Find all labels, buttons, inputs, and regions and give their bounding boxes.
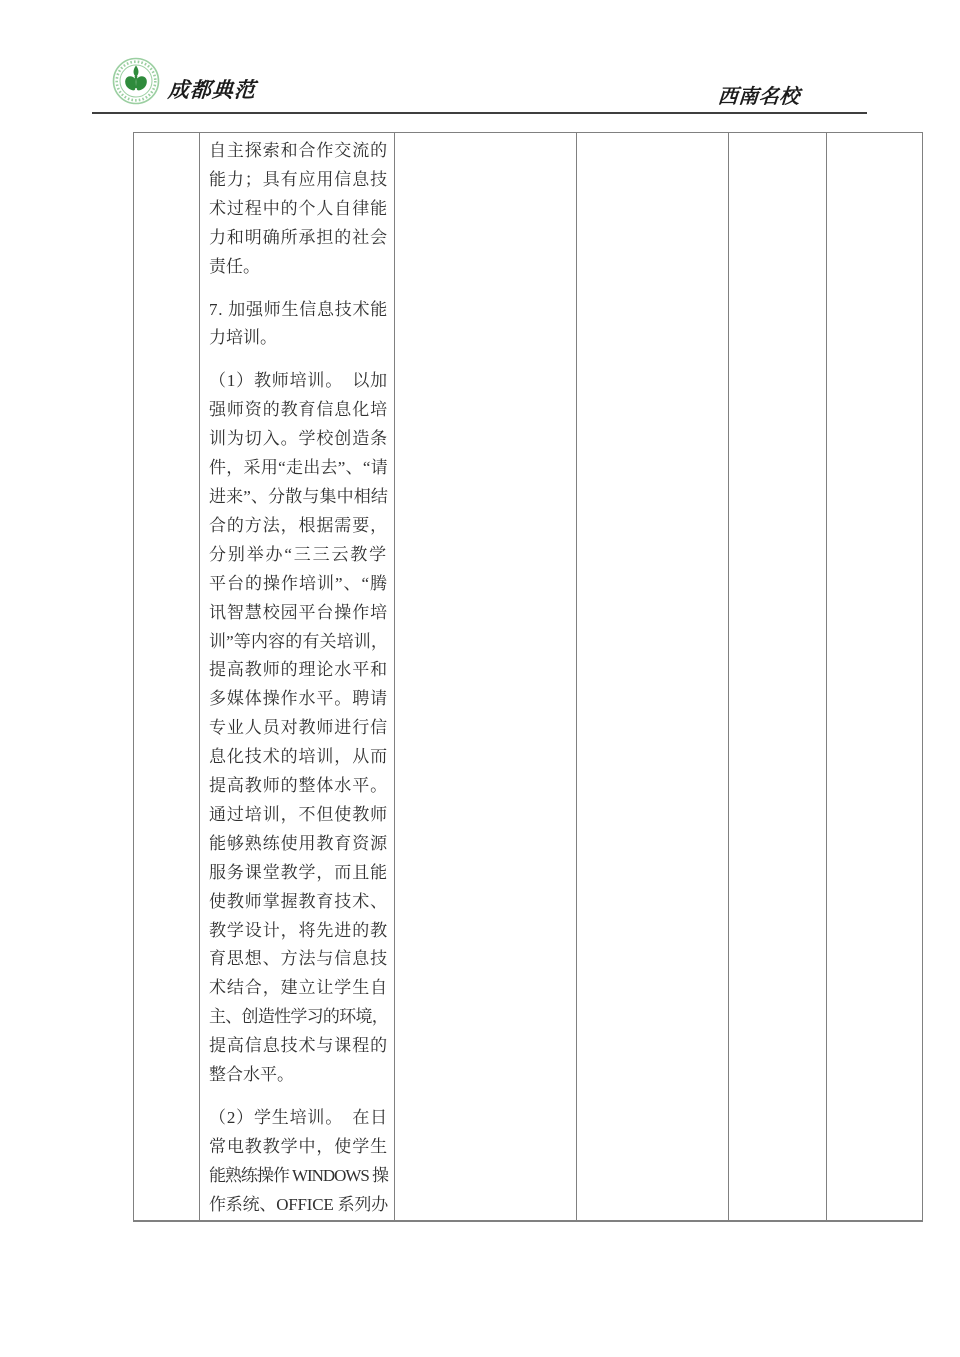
text-line: 训为切入。学校创造条 xyxy=(209,425,388,454)
school-badge-icon xyxy=(112,56,160,106)
paragraph: （1）教师培训。 以加强师资的教育信息化培训为切入。学校创造条件，采用“走出去”… xyxy=(209,367,388,1090)
text-line: 多媒体操作水平。聘请 xyxy=(209,685,388,714)
text-line: 讯智慧校园平台操作培 xyxy=(209,599,388,628)
text-line: 合的方法，根据需要， xyxy=(209,512,388,541)
text-line: 术过程中的个人自律能 xyxy=(209,195,388,224)
text-line: 常电教教学中，使学生 xyxy=(209,1133,388,1162)
paragraph: 自主探索和合作交流的能力；具有应用信息技术过程中的个人自律能力和明确所承担的社会… xyxy=(209,137,388,282)
table-cell-content: 自主探索和合作交流的能力；具有应用信息技术过程中的个人自律能力和明确所承担的社会… xyxy=(199,133,394,1220)
brand-calligraphy-right: 西南名校 xyxy=(717,80,801,109)
text-line: 主、创造性学习的环境， xyxy=(209,1003,388,1032)
text-line: 7. 加强师生信息技术能 xyxy=(209,296,388,325)
brand-calligraphy-left: 成都典范 xyxy=(167,74,349,104)
table-cell-col-4 xyxy=(576,133,728,1220)
table-cell-stage xyxy=(134,133,199,1220)
text-line: 能力；具有应用信息技 xyxy=(209,166,388,195)
text-line: 专业人员对教师进行信 xyxy=(209,714,388,743)
table-cell-col-5 xyxy=(728,133,826,1220)
table-cell-col-6 xyxy=(826,133,922,1220)
text-line: 作系统、OFFICE 系列办 xyxy=(209,1191,388,1220)
text-line: 使教师掌握教育技术、 xyxy=(209,888,388,917)
text-line: 育思想、方法与信息技 xyxy=(209,945,388,974)
text-line: 平台的操作培训”、“腾 xyxy=(209,570,388,599)
document-table: 自主探索和合作交流的能力；具有应用信息技术过程中的个人自律能力和明确所承担的社会… xyxy=(133,132,923,1222)
text-line: 提高信息技术与课程的 xyxy=(209,1032,388,1061)
text-line: 力和明确所承担的社会 xyxy=(209,224,388,253)
text-line: 分别举办“三三云教学 xyxy=(209,541,388,570)
paragraph: （2）学生培训。 在日常电教教学中，使学生能熟练操作 WINDOWS 操作系统、… xyxy=(209,1104,388,1220)
text-line: 自主探索和合作交流的 xyxy=(209,137,388,166)
school-logo-icon xyxy=(112,56,160,106)
text-line: 力培训。 xyxy=(209,324,388,353)
text-line: 提高教师的整体水平。 xyxy=(209,772,388,801)
text-line: 进来”、分散与集中相结 xyxy=(209,483,388,512)
text-line: 责任。 xyxy=(209,253,388,282)
text-line: 息化技术的培训，从而 xyxy=(209,743,388,772)
text-line: 强师资的教育信息化培 xyxy=(209,396,388,425)
text-line: 能够熟练使用教育资源 xyxy=(209,830,388,859)
text-line: （2）学生培训。 在日 xyxy=(209,1104,388,1133)
text-line: 教学设计，将先进的教 xyxy=(209,917,388,946)
table-cell-col-3 xyxy=(394,133,576,1220)
text-line: 服务课堂教学，而且能 xyxy=(209,859,388,888)
header-rule xyxy=(92,112,867,114)
text-line: 件，采用“走出去”、“请 xyxy=(209,454,388,483)
text-line: 训”等内容的有关培训， xyxy=(209,628,388,657)
text-line: 整合水平。 xyxy=(209,1061,388,1090)
text-line: 通过培训，不但使教师 xyxy=(209,801,388,830)
text-line: （1）教师培训。 以加 xyxy=(209,367,388,396)
paragraph: 7. 加强师生信息技术能力培训。 xyxy=(209,296,388,354)
document-page: 成都典范 西南名校 自主探索和合作交流的能力；具有应用信息技术过程中的个人自律能… xyxy=(0,0,960,1357)
text-line: 术结合，建立让学生自 xyxy=(209,974,388,1003)
text-line: 能熟练操作 WINDOWS 操 xyxy=(209,1162,388,1191)
text-line: 提高教师的理论水平和 xyxy=(209,656,388,685)
